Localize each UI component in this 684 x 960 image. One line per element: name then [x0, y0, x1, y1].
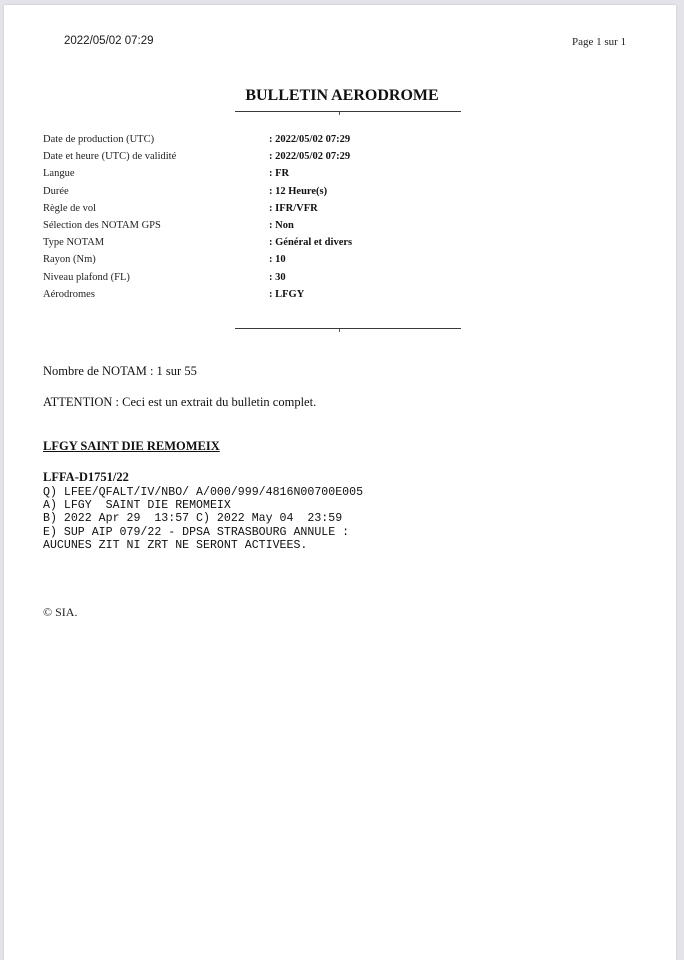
param-label: Durée	[43, 183, 69, 200]
param-label: Langue	[43, 165, 75, 182]
param-row: Durée : 12 Heure(s)	[43, 183, 463, 200]
notam-line-e-cont: AUCUNES ZIT NI ZRT NE SERONT ACTIVEES.	[43, 539, 363, 552]
param-value: : 2022/05/02 07:29	[269, 131, 350, 148]
param-row: Type NOTAM : Général et divers	[43, 234, 463, 251]
notam-line-q: Q) LFEE/QFALT/IV/NBO/ A/000/999/4816N007…	[43, 486, 363, 499]
param-row: Règle de vol : IFR/VFR	[43, 200, 463, 217]
param-label: Niveau plafond (FL)	[43, 269, 130, 286]
param-label: Date et heure (UTC) de validité	[43, 148, 176, 165]
param-row: Rayon (Nm) : 10	[43, 251, 463, 268]
param-label: Règle de vol	[43, 200, 96, 217]
param-value: : Non	[269, 217, 294, 234]
param-row: Date et heure (UTC) de validité : 2022/0…	[43, 148, 463, 165]
param-value: : IFR/VFR	[269, 200, 318, 217]
param-value: : 30	[269, 269, 286, 286]
param-row: Aérodromes : LFGY	[43, 286, 463, 303]
param-value: : 2022/05/02 07:29	[269, 148, 350, 165]
document-title: BULLETIN AERODROME	[0, 87, 684, 105]
param-row: Niveau plafond (FL) : 30	[43, 269, 463, 286]
notam-line-a: A) LFGY SAINT DIE REMOMEIX	[43, 499, 363, 512]
param-label: Aérodromes	[43, 286, 95, 303]
parameters-divider	[235, 328, 461, 329]
document-page: 2022/05/02 07:29 Page 1 sur 1 BULLETIN A…	[4, 5, 676, 960]
divider-tick	[339, 112, 340, 115]
notam-line-bc: B) 2022 Apr 29 13:57 C) 2022 May 04 23:5…	[43, 512, 363, 525]
param-value: : 12 Heure(s)	[269, 183, 327, 200]
param-row: Langue : FR	[43, 165, 463, 182]
divider-tick	[339, 329, 340, 332]
param-row: Sélection des NOTAM GPS : Non	[43, 217, 463, 234]
param-value: : Général et divers	[269, 234, 352, 251]
notam-count: Nombre de NOTAM : 1 sur 55	[43, 364, 197, 379]
param-label: Sélection des NOTAM GPS	[43, 217, 161, 234]
notam-body: Q) LFEE/QFALT/IV/NBO/ A/000/999/4816N007…	[43, 486, 363, 552]
param-value: : LFGY	[269, 286, 304, 303]
param-value: : FR	[269, 165, 289, 182]
notam-id: LFFA-D1751/22	[43, 470, 129, 485]
page-indicator: Page 1 sur 1	[572, 36, 626, 48]
aerodrome-heading: LFGY SAINT DIE REMOMEIX	[43, 439, 220, 454]
param-value: : 10	[269, 251, 286, 268]
print-timestamp: 2022/05/02 07:29	[64, 35, 154, 47]
attention-notice: ATTENTION : Ceci est un extrait du bulle…	[43, 395, 316, 410]
param-label: Date de production (UTC)	[43, 131, 154, 148]
parameters-list: Date de production (UTC) : 2022/05/02 07…	[43, 131, 463, 303]
notam-line-e: E) SUP AIP 079/22 - DPSA STRASBOURG ANNU…	[43, 526, 363, 539]
title-divider	[235, 111, 461, 112]
param-label: Type NOTAM	[43, 234, 104, 251]
param-row: Date de production (UTC) : 2022/05/02 07…	[43, 131, 463, 148]
param-label: Rayon (Nm)	[43, 251, 96, 268]
copyright: © SIA.	[43, 605, 77, 620]
